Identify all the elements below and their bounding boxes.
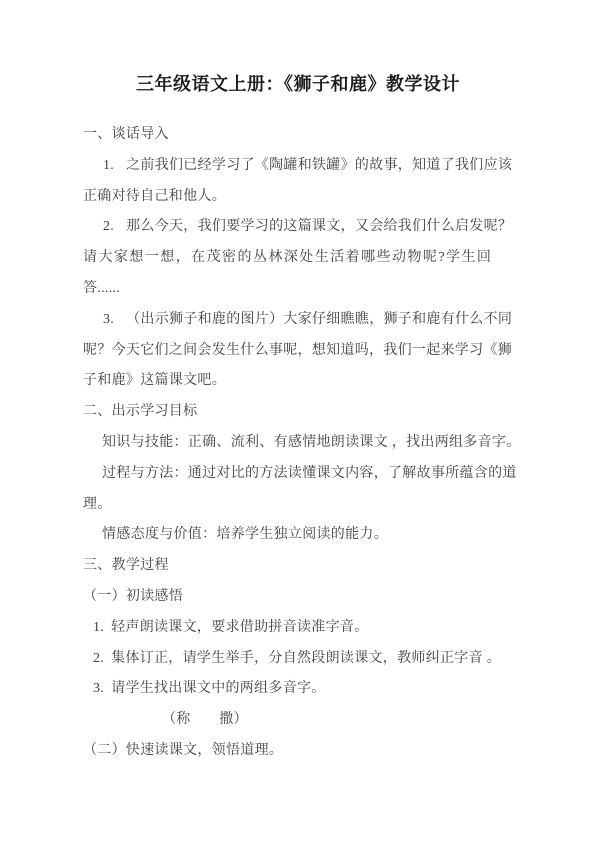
text-line: 情感态度与价值：培养学生独立阅读的能力。 [83,520,513,551]
paragraphs-container: 一、谈话导入1.之前我们已经学习了《陶罐和铁罐》的故事，知道了我们应该正确对待自… [83,120,513,767]
text-line: 1.轻声朗读课文，要求借助拼音读准字音。 [83,613,513,644]
text-line: （二）快速读课文，领悟道理。 [83,736,513,767]
line-text: 集体订正，请学生举手，分自然段朗读课文，教师纠正字音 。 [111,651,501,666]
line-text: 轻声朗读课文，要求借助拼音读准字音。 [111,620,368,635]
text-line: 呢？今天它们之间会发生什么事呢，想知道吗，我们一起来学习《狮 [83,336,513,367]
list-number: 1. [93,620,104,635]
text-line: 三、教学过程 [83,551,513,582]
text-line: 知识与技能：正确、流利、有感情地朗读课文 ，找出两组多音字。 [83,428,513,459]
line-text: 那么今天，我们要学习的这篇课文，又会给我们什么启发呢？ [126,219,512,234]
text-line: 理。 [83,490,513,521]
list-number: 2. [93,651,104,666]
line-text: 之前我们已经学习了《陶罐和铁罐》的故事，知道了我们应该 [126,158,512,173]
text-line: 正确对待自己和他人。 [83,182,513,213]
list-number: 3. [103,312,114,327]
doc-title: 三年级语文上册：《狮子和鹿》教学设计 [83,70,513,98]
text-line: 过程与方法：通过对比的方法读懂课文内容，了解故事所蕴含的道 [83,459,513,490]
text-line: 2.集体订正，请学生举手，分自然段朗读课文，教师纠正字音 。 [83,644,513,675]
text-line: 请大家想一想，在茂密的丛林深处生活着哪些动物呢?学生回 [83,243,513,274]
text-line: 2.那么今天，我们要学习的这篇课文，又会给我们什么启发呢？ [83,212,513,243]
text-line: （称 撒） [83,705,513,736]
document-body: 三年级语文上册：《狮子和鹿》教学设计 一、谈话导入1.之前我们已经学习了《陶罐和… [83,70,513,767]
line-text: （出示狮子和鹿的图片）大家仔细瞧瞧，狮子和鹿有什么不同 [126,312,512,327]
line-text: 请学生找出课文中的两组多音字。 [111,681,326,696]
text-line: 子和鹿》这篇课文吧。 [83,366,513,397]
text-line: （一）初读感悟 [83,582,513,613]
list-number: 1. [103,158,114,173]
text-line: 1.之前我们已经学习了《陶罐和铁罐》的故事，知道了我们应该 [83,151,513,182]
list-number: 3. [93,681,104,696]
text-line: 一、谈话导入 [83,120,513,151]
document-page: 三年级语文上册：《狮子和鹿》教学设计 一、谈话导入1.之前我们已经学习了《陶罐和… [0,0,595,842]
text-line: 3.（出示狮子和鹿的图片）大家仔细瞧瞧，狮子和鹿有什么不同 [83,305,513,336]
text-line: 3.请学生找出课文中的两组多音字。 [83,674,513,705]
text-line: 答...... [83,274,513,305]
text-line: 二、出示学习目标 [83,397,513,428]
list-number: 2. [103,219,114,234]
